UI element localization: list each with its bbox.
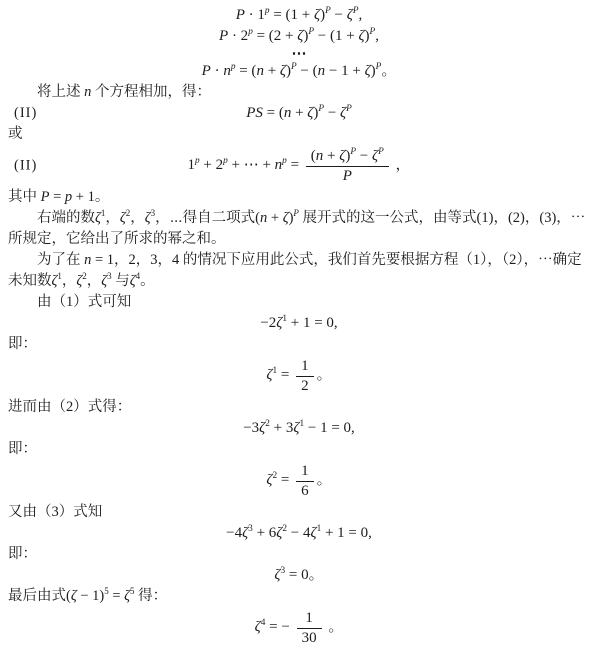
fraction-denominator: 2 xyxy=(296,376,314,395)
math-expression: 1p + 2p + ⋯ + np = (n + ζ)P − ζPP ， xyxy=(187,157,410,173)
fraction-denominator: 30 xyxy=(297,628,322,647)
paragraph-9: 右端的数ζ1，ζ2，ζ3，⋯得自二项式(n + ζ)P 展开式的这一公式，由等式… xyxy=(8,208,590,250)
paragraph-17: 即： xyxy=(8,439,590,460)
equation-label: (II) xyxy=(14,156,37,177)
equation-label: (II) xyxy=(14,103,37,124)
paragraph-10: 为了在 n = 1，2，3，4 的情况下应用此公式，我们首先要根据方程（1），（… xyxy=(8,250,590,292)
equation-line-3: P · np = (n + ζ)P − (n − 1 + ζ)P。 xyxy=(8,61,590,82)
equation-line-14: ζ1 = 12。 xyxy=(8,358,590,394)
equation-line-20: −4ζ3 + 6ζ2 − 4ζ1 + 1 = 0, xyxy=(8,523,590,544)
document-page: P · 1p = (1 + ζ)P − ζP,P · 2p = (2 + ζ)P… xyxy=(0,0,600,646)
equation-line-18: ζ2 = 16。 xyxy=(8,463,590,499)
equation-line-22: ζ3 = 0。 xyxy=(8,565,590,586)
paragraph-6: 或 xyxy=(8,124,590,145)
equation-line-12: −2ζ1 + 1 = 0, xyxy=(8,313,590,334)
fraction: 130 xyxy=(297,610,322,646)
equation-line-1: P · 2p = (2 + ζ)P − (1 + ζ)P, xyxy=(8,26,590,47)
fraction: 16 xyxy=(296,463,314,499)
math-expression: −3ζ2 + 3ζ1 − 1 = 0, xyxy=(243,420,355,436)
paragraph-8: 其中 P = p + 1。 xyxy=(8,187,590,208)
fraction-numerator: (n + ζ)P − ζP xyxy=(306,148,389,166)
math-expression: P · 1p = (1 + ζ)P − ζP, xyxy=(236,7,363,23)
equation-line-7: (II)1p + 2p + ⋯ + np = (n + ζ)P − ζPP ， xyxy=(8,148,590,184)
paragraph-15: 进而由（2）式得： xyxy=(8,397,590,418)
paragraph-13: 即： xyxy=(8,334,590,355)
math-expression: −4ζ3 + 6ζ2 − 4ζ1 + 1 = 0, xyxy=(226,525,372,541)
math-expression: ζ1 = 12。 xyxy=(266,367,331,383)
paragraph-21: 即： xyxy=(8,544,590,565)
fraction-numerator: 1 xyxy=(296,463,314,481)
fraction: 12 xyxy=(296,358,314,394)
equation-line-5: (II)PS = (n + ζ)P − ζP xyxy=(8,103,590,124)
fraction-denominator: 6 xyxy=(296,481,314,500)
math-expression: −2ζ1 + 1 = 0, xyxy=(260,315,337,331)
paragraph-11: 由（1）式可知 xyxy=(8,292,590,313)
fraction-numerator: 1 xyxy=(297,610,322,628)
math-expression: ζ4 = − 130 。 xyxy=(255,619,344,635)
math-expression: P · 2p = (2 + ζ)P − (1 + ζ)P, xyxy=(219,28,379,44)
math-expression: P · np = (n + ζ)P − (n − 1 + ζ)P。 xyxy=(202,63,397,79)
math-expression: PS = (n + ζ)P − ζP xyxy=(246,105,352,121)
fraction-denominator: P xyxy=(306,166,389,185)
math-expression: ⋯ xyxy=(292,46,307,62)
math-expression: ζ3 = 0。 xyxy=(274,567,323,583)
fraction-numerator: 1 xyxy=(296,358,314,376)
fraction: (n + ζ)P − ζPP xyxy=(306,148,389,184)
equation-line-24: ζ4 = − 130 。 xyxy=(8,610,590,646)
equation-line-2: ⋯ xyxy=(8,47,590,61)
paragraph-19: 又由（3）式知 xyxy=(8,502,590,523)
equation-line-16: −3ζ2 + 3ζ1 − 1 = 0, xyxy=(8,418,590,439)
paragraph-23: 最后由式(ζ − 1)5 = ζ5 得： xyxy=(8,586,590,607)
paragraph-4: 将上述 n 个方程相加，得： xyxy=(8,82,590,103)
math-expression: ζ2 = 16。 xyxy=(266,472,331,488)
equation-line-0: P · 1p = (1 + ζ)P − ζP, xyxy=(8,5,590,26)
